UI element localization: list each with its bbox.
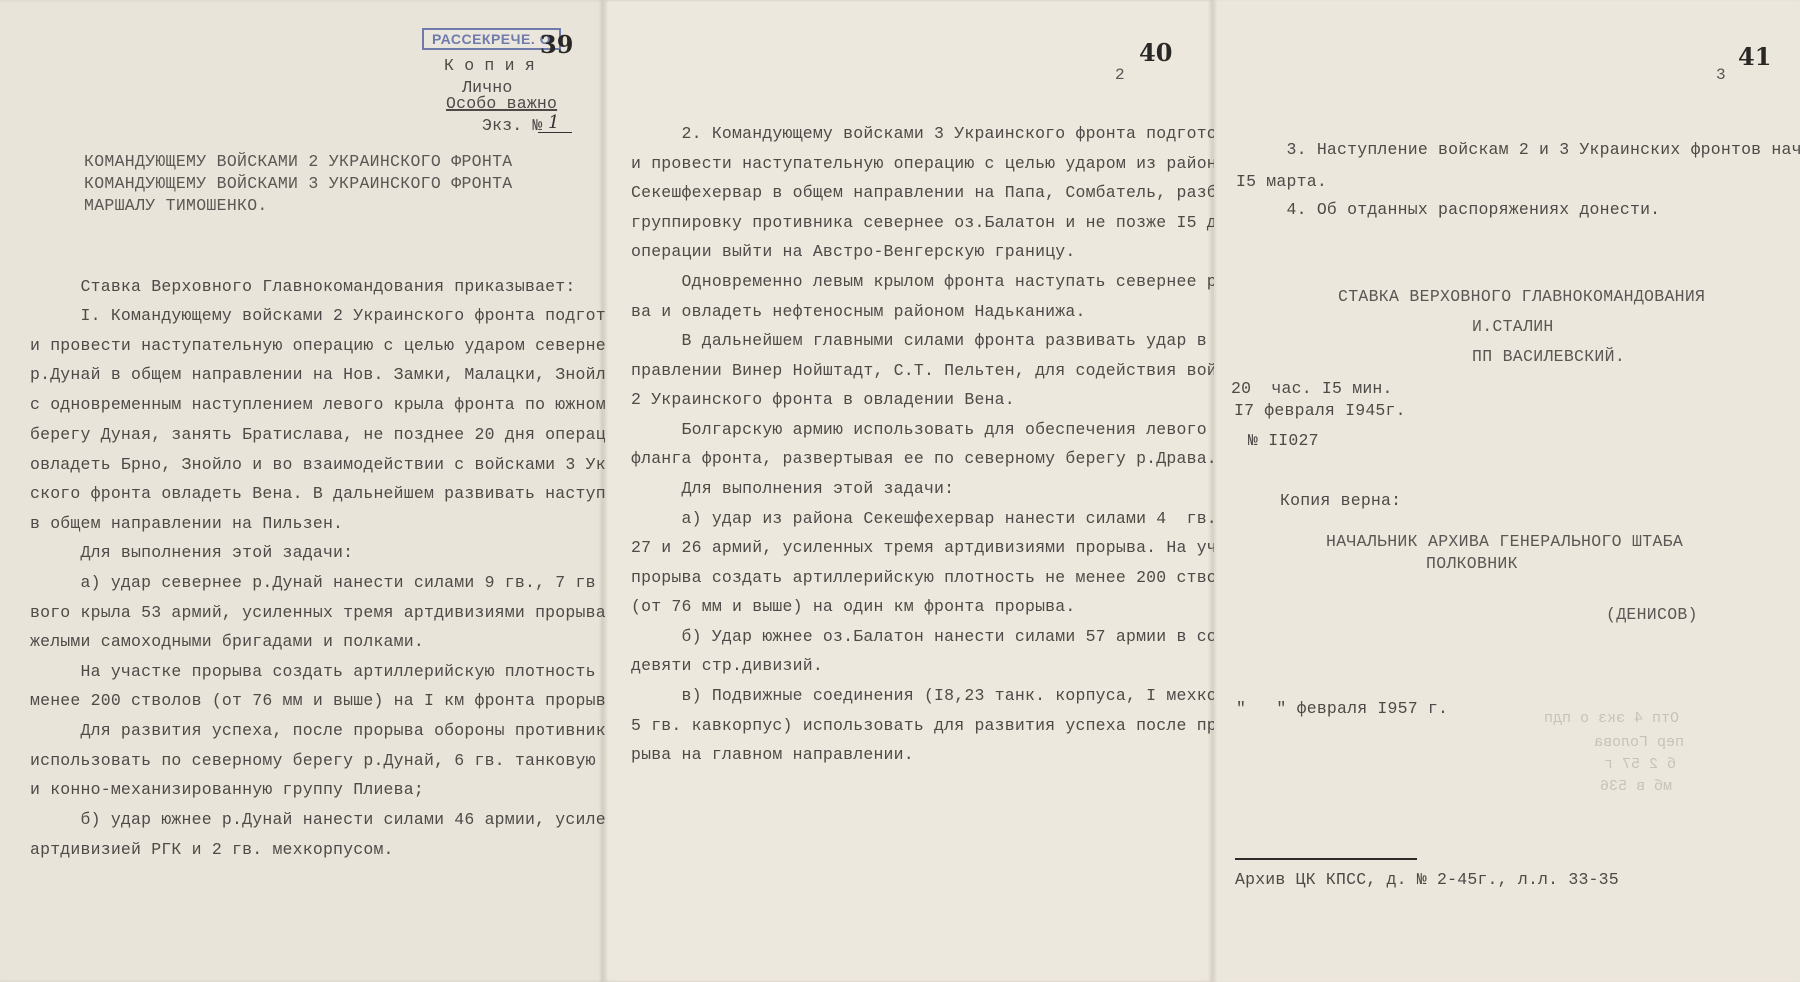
- body-line: Для развития успеха, после прорыва оборо…: [30, 721, 626, 740]
- order-time: 20 час. I5 мин.: [1231, 379, 1393, 398]
- body-line: желыми самоходными бригадами и полками.: [30, 632, 424, 651]
- bleed-through-text: б 2 57 г: [1604, 756, 1676, 773]
- certified-label: Копия верна:: [1280, 491, 1401, 510]
- body-line: вого крыла 53 армий, усиленных тремя арт…: [30, 603, 656, 622]
- copy-number-handwritten: 1: [548, 112, 559, 133]
- body-line: 3. Наступление войскам 2 и 3 Украинских …: [1236, 140, 1800, 159]
- body-line: и провести наступательную операцию с цел…: [631, 154, 1227, 173]
- document-page-3: 41 3 3. Наступление войскам 2 и 3 Украин…: [1214, 0, 1800, 982]
- copy-label: К о п и я: [444, 56, 535, 75]
- document-page-2: 40 2 2. Командующему войсками 3 Украинск…: [605, 0, 1212, 982]
- folio-number: 40: [1139, 38, 1172, 67]
- certification-date: " " февраля I957 г.: [1236, 699, 1448, 718]
- addressee-line: КОМАНДУЮЩЕМУ ВОЙСКАМИ 2 УКРАИНСКОГО ФРОН…: [84, 152, 512, 171]
- body-line: овладеть Брно, Знойло и во взаимодействи…: [30, 455, 656, 474]
- certifier-title: НАЧАЛЬНИК АРХИВА ГЕНЕРАЛЬНОГО ШТАБА: [1326, 532, 1683, 551]
- body-line: Секешфехервар в общем направлении на Пап…: [631, 183, 1247, 202]
- page-number: 2: [1115, 66, 1125, 84]
- body-line: а) удар из района Секешфехервар нанести …: [631, 509, 1227, 528]
- bleed-through-text: Отп 4 экз о пдп: [1544, 710, 1679, 727]
- body-line: (от 76 мм и выше) на один км фронта прор…: [631, 597, 1075, 616]
- certifier-rank: ПОЛКОВНИК: [1426, 554, 1518, 573]
- body-line: На участке прорыва создать артиллерийску…: [30, 662, 626, 681]
- body-line: и провести наступательную операцию с цел…: [30, 336, 616, 355]
- body-line: I. Командующему войсками 2 Украинского ф…: [30, 306, 656, 325]
- body-line: менее 200 стволов (от 76 мм и выше) на I…: [30, 691, 626, 710]
- body-line: правлении Винер Нойштадт, С.Т. Пельтен, …: [631, 361, 1257, 380]
- body-line: ва и овладеть нефтеносным районом Надька…: [631, 302, 1086, 321]
- body-line: Болгарскую армию использовать для обеспе…: [631, 420, 1207, 439]
- folio-number: 41: [1738, 42, 1771, 71]
- body-line: 2 Украинского фронта в овладении Вена.: [631, 390, 1015, 409]
- body-line: р.Дунай в общем направлении на Нов. Замк…: [30, 365, 626, 384]
- body-line: использовать по северному берегу р.Дунай…: [30, 751, 656, 770]
- body-line: 4. Об отданных распоряжениях донести.: [1236, 200, 1660, 219]
- footnote-rule: [1235, 858, 1417, 860]
- signer-stalin: И.СТАЛИН: [1472, 317, 1554, 336]
- body-line: В дальнейшем главными силами фронта разв…: [631, 331, 1247, 350]
- body-line: Для выполнения этой задачи:: [30, 543, 353, 562]
- body-line: берегу Дуная, занять Братислава, не позд…: [30, 425, 626, 444]
- copy-number-label: Экз. №: [482, 116, 543, 135]
- body-line: и конно-механизированную группу Плиева;: [30, 780, 424, 799]
- body-line: ского фронта овладеть Вена. В дальнейшем…: [30, 484, 656, 503]
- body-line: артдивизией РГК и 2 гв. мехкорпусом.: [30, 840, 394, 859]
- bleed-through-text: мб в 536: [1600, 778, 1672, 795]
- body-line: Одновременно левым крылом фронта наступа…: [631, 272, 1267, 291]
- signer-vasilevsky: ПП ВАСИЛЕВСКИЙ.: [1472, 347, 1625, 366]
- page-number: 3: [1716, 66, 1726, 84]
- body-line: б) Удар южнее оз.Балатон нанести силами …: [631, 627, 1267, 646]
- body-line: Для выполнения этой задачи:: [631, 479, 954, 498]
- body-line: фланга фронта, развертывая ее по северно…: [631, 449, 1217, 468]
- archive-footnote: Архив ЦК КПСС, д. № 2-45г., л.л. 33-35: [1235, 870, 1619, 889]
- body-line: а) удар севернее р.Дунай нанести силами …: [30, 573, 656, 592]
- signature-org: СТАВКА ВЕРХОВНОГО ГЛАВНОКОМАНДОВАНИЯ: [1338, 287, 1705, 306]
- bleed-through-text: пер Голова: [1594, 734, 1684, 751]
- body-line: с одновременным наступлением левого крыл…: [30, 395, 616, 414]
- body-line: 2. Командующему войсками 3 Украинского ф…: [631, 124, 1257, 143]
- body-line: б) удар южнее р.Дунай нанести силами 46 …: [30, 810, 646, 829]
- importance-label: Особо важно: [446, 94, 557, 113]
- body-line: рыва на главном направлении.: [631, 745, 914, 764]
- document-page-1: РАССЕКРЕЧЕ. О 39 К о п и я Лично Особо в…: [0, 0, 603, 982]
- copy-number-line: [538, 132, 572, 133]
- body-line: в общем направлении на Пильзен.: [30, 514, 343, 533]
- folio-number: 39: [540, 30, 573, 59]
- addressee-line: МАРШАЛУ ТИМОШЕНКО.: [84, 196, 268, 215]
- body-line: 27 и 26 армий, усиленных тремя артдивизи…: [631, 538, 1267, 557]
- body-line: I5 марта.: [1236, 172, 1327, 191]
- addressee-line: КОМАНДУЮЩЕМУ ВОЙСКАМИ 3 УКРАИНСКОГО ФРОН…: [84, 174, 512, 193]
- order-number: № II027: [1248, 431, 1319, 450]
- body-line: 5 гв. кавкорпус) использовать для развит…: [631, 716, 1237, 735]
- order-date: I7 февраля I945г.: [1234, 401, 1406, 420]
- body-line: операции выйти на Австро-Венгерскую гран…: [631, 242, 1075, 261]
- certifier-name: (ДЕНИСОВ): [1606, 605, 1698, 624]
- body-line: прорыва создать артиллерийскую плотность…: [631, 568, 1247, 587]
- body-line: группировку противника севернее оз.Балат…: [631, 213, 1237, 232]
- body-line: Ставка Верховного Главнокомандования при…: [30, 277, 576, 296]
- body-line: девяти стр.дивизий.: [631, 656, 823, 675]
- body-line: в) Подвижные соединения (I8,23 танк. кор…: [631, 686, 1267, 705]
